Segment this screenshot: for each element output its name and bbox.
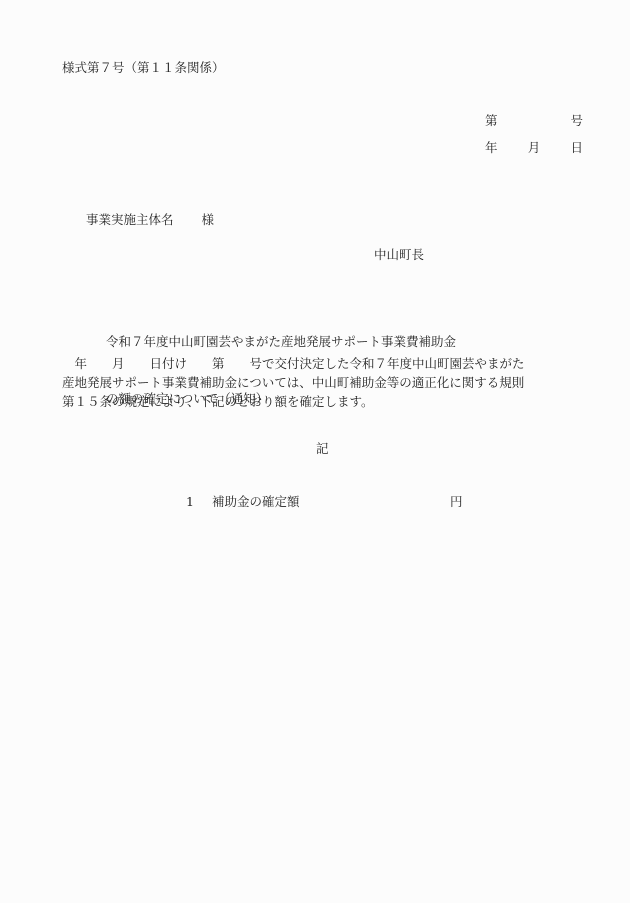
- item-unit: 円: [450, 492, 463, 511]
- body-line-1: 年 月 日付け 第 号で交付決定した令和７年度中山町園芸やまがた: [62, 354, 582, 373]
- document-number-suffix: 号: [570, 111, 583, 130]
- recipient: 事業実施主体名様: [78, 191, 214, 229]
- document-number-prefix: 第: [485, 111, 498, 130]
- title-line-1: 令和７年度中山町園芸やまがた産地発展サポート事業費補助金: [106, 332, 456, 351]
- sender: 中山町長: [374, 245, 424, 264]
- date-month: 月: [528, 138, 541, 157]
- form-number: 様式第７号（第１１条関係）: [62, 58, 225, 77]
- document-number-line: 第 号: [485, 111, 583, 130]
- issue-date-line: 年 月 日: [485, 138, 583, 157]
- recipient-honorific: 様: [201, 212, 214, 227]
- item-label: 補助金の確定額: [212, 492, 450, 511]
- item-row: 1 補助金の確定額 円: [186, 492, 463, 511]
- date-day: 日: [570, 138, 583, 157]
- body-line-2: 産地発展サポート事業費補助金については、中山町補助金等の適正化に関する規則: [62, 373, 582, 392]
- item-number: 1: [186, 492, 212, 511]
- recipient-name: 事業実施主体名: [86, 212, 174, 227]
- body-line-3: 第１５条の規定により、下記のとおり額を確定します。: [62, 392, 582, 411]
- date-year: 年: [485, 138, 498, 157]
- ki-heading: 記: [316, 439, 329, 458]
- body-paragraph: 年 月 日付け 第 号で交付決定した令和７年度中山町園芸やまがた 産地発展サポー…: [62, 354, 582, 411]
